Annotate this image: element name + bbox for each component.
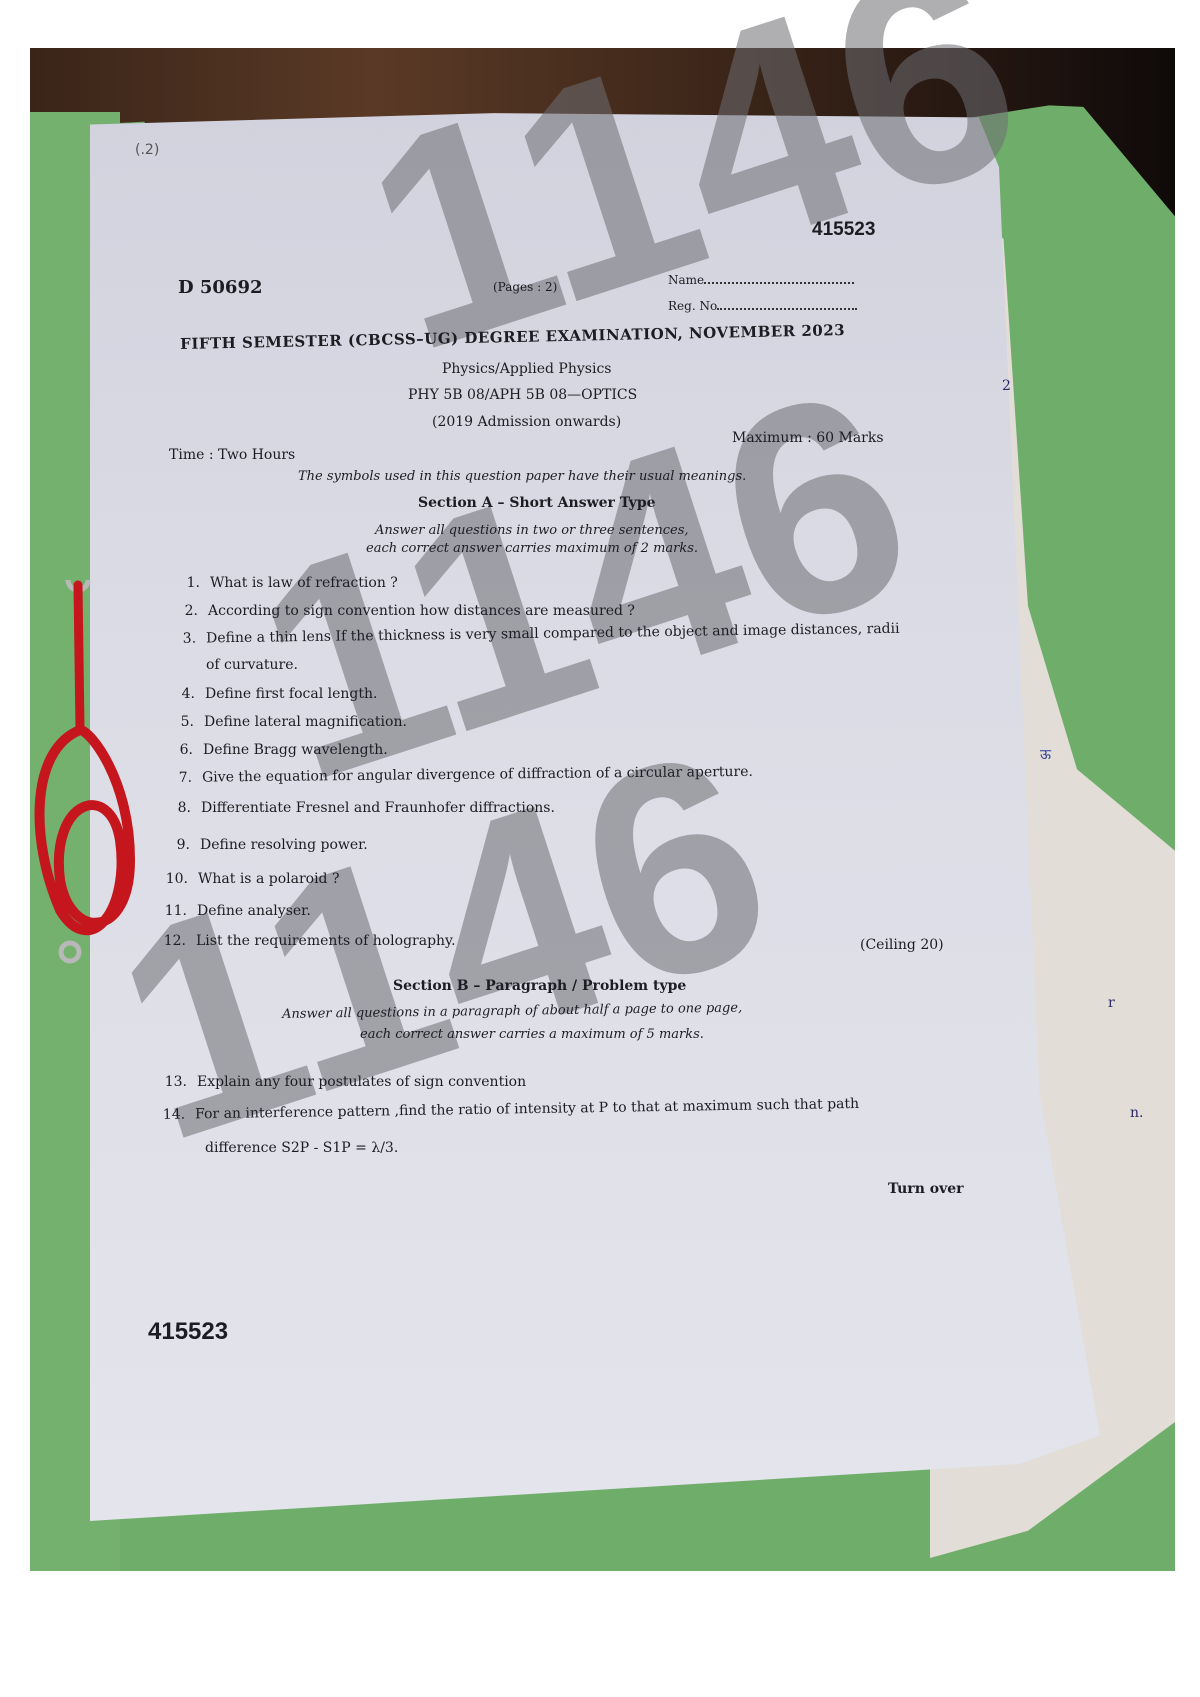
edge-mark: 2	[1002, 378, 1011, 394]
name-blank-line	[704, 272, 854, 284]
reg-no-blank-line	[717, 298, 857, 310]
section-b-instruction: Answer all questions in a paragraph of a…	[282, 1001, 742, 1022]
question-item: 14.For an interference pattern ,find the…	[155, 1096, 859, 1123]
name-label: Name	[668, 273, 704, 287]
page-count: (Pages : 2)	[493, 280, 557, 294]
exam-duration: Time : Two Hours	[169, 447, 295, 463]
subject: Physics/Applied Physics	[442, 361, 611, 377]
question-item: 9.Define resolving power.	[160, 837, 368, 853]
section-b-instruction: each correct answer carries a maximum of…	[360, 1027, 704, 1042]
edge-mark: r	[1108, 995, 1115, 1011]
question-item: 4.Define first focal length.	[165, 686, 377, 702]
question-item: 3.Define a thin lens If the thickness is…	[166, 621, 900, 647]
edge-mark: n.	[1130, 1105, 1143, 1121]
question-continuation: difference S2P - S1P = λ/3.	[205, 1140, 398, 1156]
question-item: 2.According to sign convention how dista…	[168, 603, 635, 619]
question-item: 1.What is law of refraction ?	[170, 575, 398, 591]
section-a-instruction: each correct answer carries maximum of 2…	[366, 541, 698, 556]
section-a-title: Section A – Short Answer Type	[418, 495, 656, 511]
maximum-marks: Maximum : 60 Marks	[732, 430, 884, 446]
symbols-note: The symbols used in this question paper …	[298, 469, 746, 484]
name-field: Name	[668, 272, 854, 287]
question-item: 5.Define lateral magnification.	[164, 714, 407, 730]
turn-over-label: Turn over	[888, 1181, 964, 1197]
question-item: 10.What is a polaroid ?	[158, 871, 339, 887]
admission-note: (2019 Admission onwards)	[432, 414, 621, 430]
question-item: 6.Define Bragg wavelength.	[163, 742, 388, 758]
question-item: 8.Differentiate Fresnel and Fraunhofer d…	[161, 800, 555, 816]
section-a-instruction: Answer all questions in two or three sen…	[375, 523, 689, 538]
question-item: 7.Give the equation for angular divergen…	[162, 764, 753, 786]
barcode-number-top: 415523	[812, 219, 875, 241]
barcode-number-bottom: 415523	[148, 1318, 228, 1346]
handwritten-mark: (.2)	[135, 142, 159, 158]
edge-mark: ऊ	[1040, 745, 1051, 764]
reg-no-field: Reg. No	[668, 298, 857, 313]
question-continuation: of curvature.	[206, 657, 298, 673]
ceiling-marks: (Ceiling 20)	[860, 937, 944, 953]
question-item: 12.List the requirements of holography.	[156, 933, 456, 949]
reg-no-label: Reg. No	[668, 299, 717, 313]
course-code: PHY 5B 08/APH 5B 08—OPTICS	[408, 387, 637, 403]
section-b-title: Section B – Paragraph / Problem type	[393, 978, 686, 994]
question-item: 11.Define analyser.	[157, 903, 311, 919]
question-item: 13.Explain any four postulates of sign c…	[157, 1074, 526, 1090]
exam-title: FIFTH SEMESTER (CBCSS–UG) DEGREE EXAMINA…	[180, 321, 845, 353]
paper-code: D 50692	[178, 277, 263, 298]
